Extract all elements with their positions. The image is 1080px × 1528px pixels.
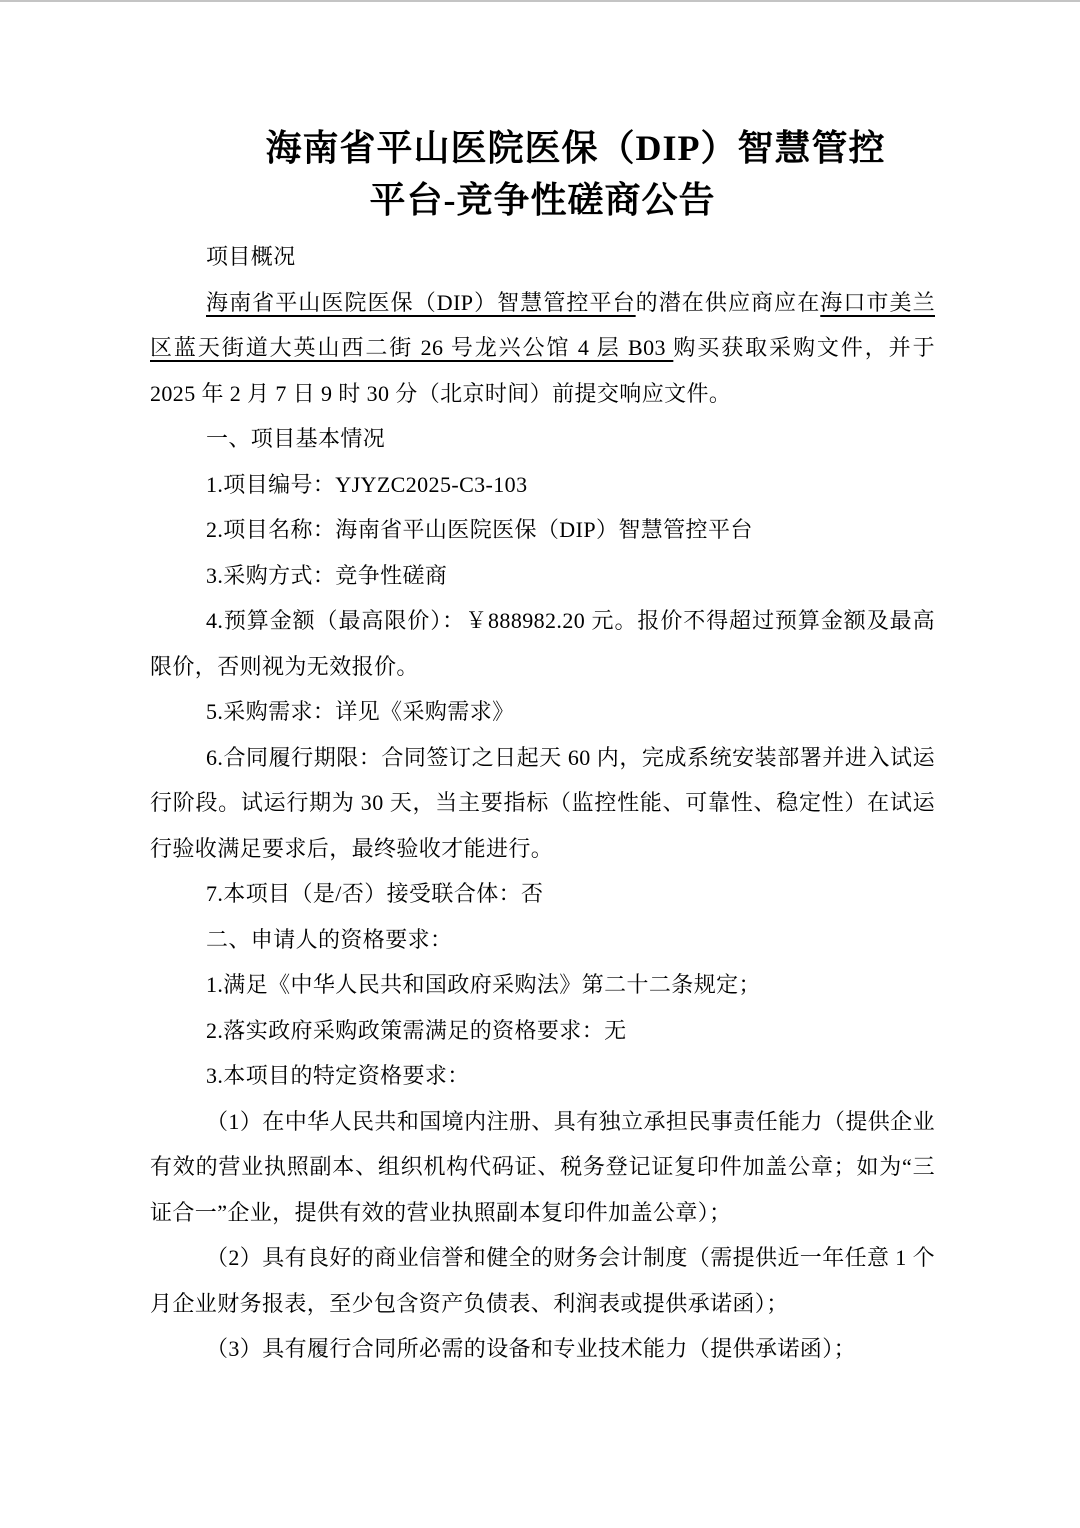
specific-requirement-1: （1）在中华人民共和国境内注册、具有独立承担民事责任能力（提供企业有效的营业执照… [150,1099,935,1236]
item-contract-period: 6.合同履行期限：合同签订之日起天 60 内，完成系统安装部署并进入试运行阶段。… [150,735,935,872]
document-title: 海南省平山医院医保（DIP）智慧管控 平台-竞争性磋商公告 [150,122,935,226]
overview-label: 项目概况 [150,234,935,280]
title-line-1: 海南省平山医院医保（DIP）智慧管控 [150,122,935,174]
specific-requirement-2: （2）具有良好的商业信誉和健全的财务会计制度（需提供近一年任意 1 个月企业财务… [150,1235,935,1326]
title-line-2: 平台-竞争性磋商公告 [150,174,935,226]
document-page: 海南省平山医院医保（DIP）智慧管控 平台-竞争性磋商公告 项目概况 海南省平山… [0,0,1080,1412]
item-procurement-requirements: 5.采购需求：详见《采购需求》 [150,689,935,735]
item-project-number: 1.项目编号：YJYZC2025-C3-103 [150,462,935,508]
qualification-law: 1.满足《中华人民共和国政府采购法》第二十二条规定； [150,962,935,1008]
section-2-heading: 二、申请人的资格要求： [150,917,935,963]
document-body: 海南省平山医院医保（DIP）智慧管控 平台-竞争性磋商公告 项目概况 海南省平山… [0,2,1080,1412]
qualification-policy: 2.落实政府采购政策需满足的资格要求：无 [150,1008,935,1054]
qualification-specific-heading: 3.本项目的特定资格要求： [150,1053,935,1099]
intro-paragraph: 海南省平山医院医保（DIP）智慧管控平台的潜在供应商应在海口市美兰区蓝天街道大英… [150,280,935,417]
item-project-name: 2.项目名称：海南省平山医院医保（DIP）智慧管控平台 [150,507,935,553]
item-consortium: 7.本项目（是/否）接受联合体：否 [150,871,935,917]
specific-requirement-3: （3）具有履行合同所必需的设备和专业技术能力（提供承诺函）； [150,1326,935,1372]
item-budget-amount: 4.预算金额（最高限价）：￥888982.20 元。报价不得超过预算金额及最高限… [150,598,935,689]
item-procurement-method: 3.采购方式：竞争性磋商 [150,553,935,599]
platform-name-underlined: 海南省平山医院医保（DIP）智慧管控平台 [206,290,636,315]
intro-middle-text: 的潜在供应商应在 [636,290,821,315]
section-1-heading: 一、项目基本情况 [150,416,935,462]
